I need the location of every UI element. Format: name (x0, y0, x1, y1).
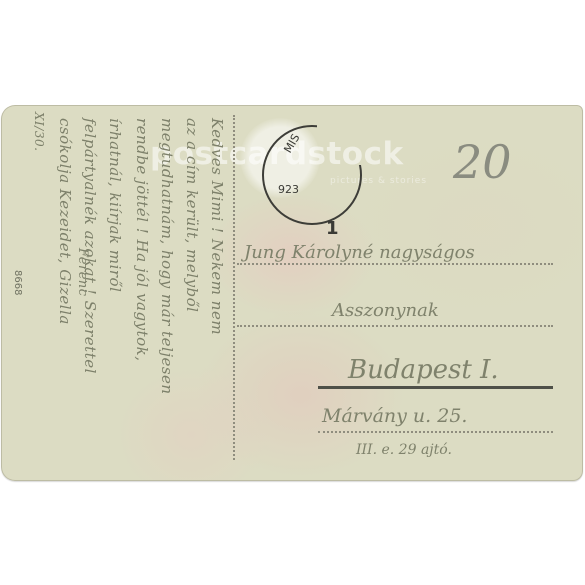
divider-line (233, 115, 235, 460)
address-rule-4 (318, 431, 553, 433)
message-line: felpártyalnék azokat ! Szerettel (81, 118, 99, 374)
message-line: megtudhatnám, hogy már teljesen (158, 118, 176, 395)
postmark-number: 1 (326, 218, 339, 239)
message-line: Kedves Mimi ! Nekem nem (208, 118, 226, 335)
address-line-4: Márvány u. 25. (322, 405, 467, 427)
printed-number: 8668 (12, 270, 23, 295)
address-rule-2 (237, 325, 553, 327)
address-line-2: Asszonynak (332, 300, 439, 321)
address-line-3: Budapest I. (348, 355, 499, 385)
address-line-1: Jung Károlyné nagyságos (244, 242, 475, 263)
message-line: írhatnál, kiírjak miről (106, 118, 124, 292)
message-line: rendbe jöttél ! Ha jól vagytok, (133, 118, 151, 361)
address-line-5: III. e. 29 ajtó. (356, 442, 452, 458)
pencil-note: 20 (453, 135, 512, 189)
message-line: az a cím került, melyből (183, 118, 201, 312)
address-rule-3 (318, 386, 553, 389)
address-rule-1 (237, 263, 553, 265)
postmark-date: 923 (278, 183, 299, 196)
margin-date: XI/30. (32, 112, 46, 151)
message-line: csókolja Kezeidet, Gizella (56, 118, 74, 325)
